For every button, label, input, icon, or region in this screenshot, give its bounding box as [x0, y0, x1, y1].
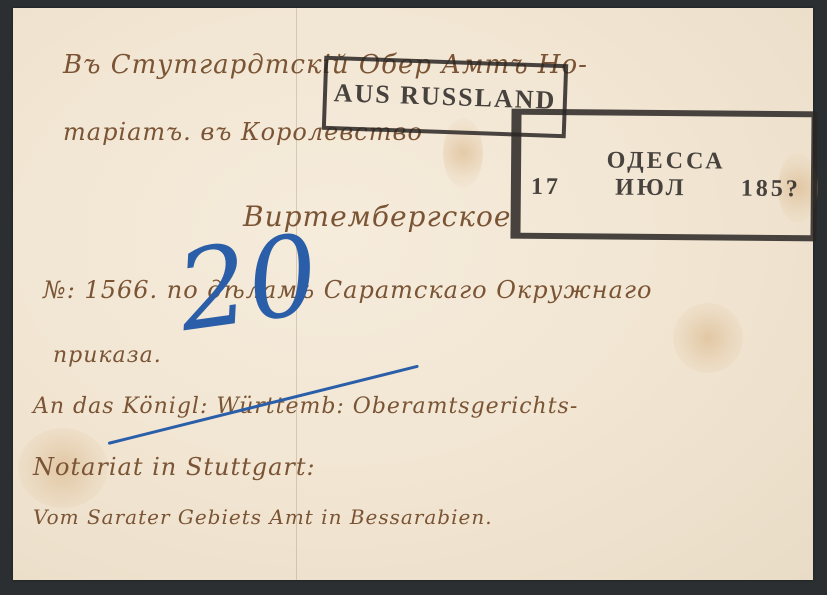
- reference-ru-line-2: приказа.: [53, 343, 162, 368]
- odessa-day: 17: [531, 174, 561, 201]
- stain: [673, 303, 743, 373]
- reference-ru-line-1: №: 1566. по дѣламъ Саратскаго Окружнаго: [43, 276, 652, 304]
- odessa-year: 185?: [741, 176, 801, 204]
- address-de-line-1: An das Königl: Württemb: Oberamtsgericht…: [33, 394, 578, 419]
- address-de-line-2: Notariat in Stuttgart:: [33, 453, 316, 481]
- odessa-city: ОДЕССА: [607, 148, 726, 176]
- odessa-month: ИЮЛ: [615, 175, 687, 203]
- letter-sheet: Въ Стутгардтскiй Обер Амтъ Но- тарiатъ. …: [13, 8, 813, 580]
- odessa-city-line: ОДЕССА: [531, 147, 801, 176]
- odessa-date-line: 17 ИЮЛ 185?: [531, 174, 801, 203]
- address-de-line-3: Vom Sarater Gebiets Amt in Bessarabien.: [33, 505, 493, 529]
- odessa-postmark: ОДЕССА 17 ИЮЛ 185?: [510, 109, 817, 242]
- rate-marking: 20: [171, 219, 325, 347]
